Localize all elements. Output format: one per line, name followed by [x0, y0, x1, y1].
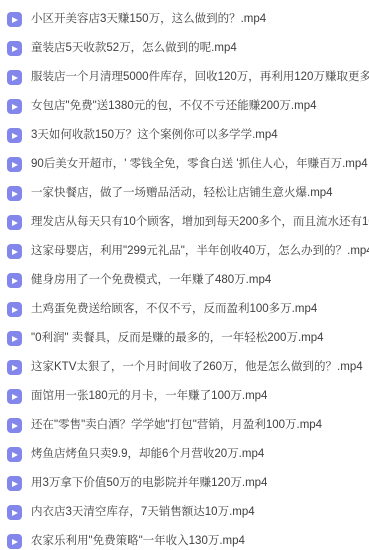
play-triangle-glyph [12, 423, 18, 429]
play-triangle-glyph [12, 220, 18, 226]
play-triangle-glyph [12, 17, 18, 23]
play-icon [7, 244, 22, 259]
play-icon [7, 331, 22, 346]
play-triangle-glyph [12, 278, 18, 284]
file-title: 3天如何收款150万？这个案例你可以多学学.mp4 [31, 128, 278, 143]
file-title: 小区开美容店3天赚150万，这么做到的？.mp4 [31, 12, 266, 27]
file-title: 一家快餐店，做了一场赠品活动，轻松让店铺生意火爆.mp4 [31, 186, 333, 201]
play-icon [7, 99, 22, 114]
play-icon [7, 12, 22, 27]
play-triangle-glyph [12, 510, 18, 516]
list-item[interactable]: 3天如何收款150万？这个案例你可以多学学.mp4 [0, 121, 369, 150]
play-icon [7, 41, 22, 56]
play-icon [7, 215, 22, 230]
list-item[interactable]: 这家KTV太狠了，一个月时间收了260万，他是怎么做到的？.mp4 [0, 353, 369, 382]
play-icon [7, 476, 22, 491]
play-triangle-glyph [12, 75, 18, 81]
play-triangle-glyph [12, 133, 18, 139]
file-title: 面馆用一张180元的月卡，一年赚了100万.mp4 [31, 389, 267, 404]
file-title: "0利润" 卖餐具，反而是赚的最多的，一年轻松200万.mp4 [31, 331, 324, 346]
file-title: 土鸡蛋免费送给顾客，不仅不亏，反而盈利100多万.mp4 [31, 302, 317, 317]
list-item[interactable]: 理发店从每天只有10个顾客，增加到每天200多个，而且流水还有10万.mp4 [0, 208, 369, 237]
play-triangle-glyph [12, 336, 18, 342]
file-title: 服装店一个月清理5000件库存，回收120万，再利用120万赚取更多.mp4 [31, 70, 369, 85]
list-item[interactable]: 用3万拿下价值50万的电影院并年赚120万.mp4 [0, 469, 369, 498]
list-item[interactable]: 一家快餐店，做了一场赠品活动，轻松让店铺生意火爆.mp4 [0, 179, 369, 208]
list-item[interactable]: 女包店"免费"送1380元的包，不仅不亏还能赚200万.mp4 [0, 92, 369, 121]
file-title: 理发店从每天只有10个顾客，增加到每天200多个，而且流水还有10万.mp4 [31, 215, 369, 230]
list-item[interactable]: 农家乐利用"免费策略"一年收入130万.mp4 [0, 527, 369, 550]
list-item[interactable]: 内衣店3天清空库存，7天销售额达10万.mp4 [0, 498, 369, 527]
file-title: 内衣店3天清空库存，7天销售额达10万.mp4 [31, 505, 255, 520]
play-icon [7, 418, 22, 433]
play-triangle-glyph [12, 249, 18, 255]
play-icon [7, 273, 22, 288]
play-icon [7, 128, 22, 143]
play-icon [7, 534, 22, 549]
file-title: 用3万拿下价值50万的电影院并年赚120万.mp4 [31, 476, 267, 491]
play-icon [7, 505, 22, 520]
play-triangle-glyph [12, 307, 18, 313]
play-icon [7, 302, 22, 317]
play-icon [7, 389, 22, 404]
play-triangle-glyph [12, 452, 18, 458]
list-item[interactable]: 服装店一个月清理5000件库存，回收120万，再利用120万赚取更多.mp4 [0, 63, 369, 92]
play-icon [7, 157, 22, 172]
file-title: 烤鱼店烤鱼只卖9.9，却能6个月营收20万.mp4 [31, 447, 264, 462]
play-icon [7, 360, 22, 375]
list-item[interactable]: 土鸡蛋免费送给顾客，不仅不亏，反而盈利100多万.mp4 [0, 295, 369, 324]
list-item[interactable]: 小区开美容店3天赚150万，这么做到的？.mp4 [0, 5, 369, 34]
file-title: 农家乐利用"免费策略"一年收入130万.mp4 [31, 534, 245, 549]
list-item[interactable]: 这家母婴店，利用"299元礼品"，半年创收40万，怎么办到的？.mp4 [0, 237, 369, 266]
file-title: 这家KTV太狠了，一个月时间收了260万，他是怎么做到的？.mp4 [31, 360, 363, 375]
play-triangle-glyph [12, 191, 18, 197]
play-triangle-glyph [12, 162, 18, 168]
list-item[interactable]: 还在"零售"卖白酒？学学她"打包"营销，月盈利100万.mp4 [0, 411, 369, 440]
file-title: 童装店5天收款52万，怎么做到的呢.mp4 [31, 41, 237, 56]
file-title: 健身房用了一个免费模式，一年赚了480万.mp4 [31, 273, 271, 288]
play-triangle-glyph [12, 46, 18, 52]
play-triangle-glyph [12, 365, 18, 371]
play-triangle-glyph [12, 539, 18, 545]
list-item[interactable]: 面馆用一张180元的月卡，一年赚了100万.mp4 [0, 382, 369, 411]
play-icon [7, 447, 22, 462]
play-triangle-glyph [12, 394, 18, 400]
file-title: 还在"零售"卖白酒？学学她"打包"营销，月盈利100万.mp4 [31, 418, 322, 433]
list-item[interactable]: 烤鱼店烤鱼只卖9.9，却能6个月营收20万.mp4 [0, 440, 369, 469]
play-icon [7, 70, 22, 85]
play-icon [7, 186, 22, 201]
file-list: 小区开美容店3天赚150万，这么做到的？.mp4 童装店5天收款52万，怎么做到… [0, 5, 369, 550]
list-item[interactable]: "0利润" 卖餐具，反而是赚的最多的，一年轻松200万.mp4 [0, 324, 369, 353]
list-item[interactable]: 童装店5天收款52万，怎么做到的呢.mp4 [0, 34, 369, 63]
list-item[interactable]: 90后美女开超市，' 零钱全免，零食白送 '抓住人心，年赚百万.mp4 [0, 150, 369, 179]
file-title: 女包店"免费"送1380元的包，不仅不亏还能赚200万.mp4 [31, 99, 317, 114]
list-item[interactable]: 健身房用了一个免费模式，一年赚了480万.mp4 [0, 266, 369, 295]
play-triangle-glyph [12, 481, 18, 487]
file-title: 90后美女开超市，' 零钱全免，零食白送 '抓住人心，年赚百万.mp4 [31, 157, 368, 172]
file-title: 这家母婴店，利用"299元礼品"，半年创收40万，怎么办到的？.mp4 [31, 244, 369, 259]
play-triangle-glyph [12, 104, 18, 110]
video-file-list-page: 小区开美容店3天赚150万，这么做到的？.mp4 童装店5天收款52万，怎么做到… [0, 0, 369, 550]
